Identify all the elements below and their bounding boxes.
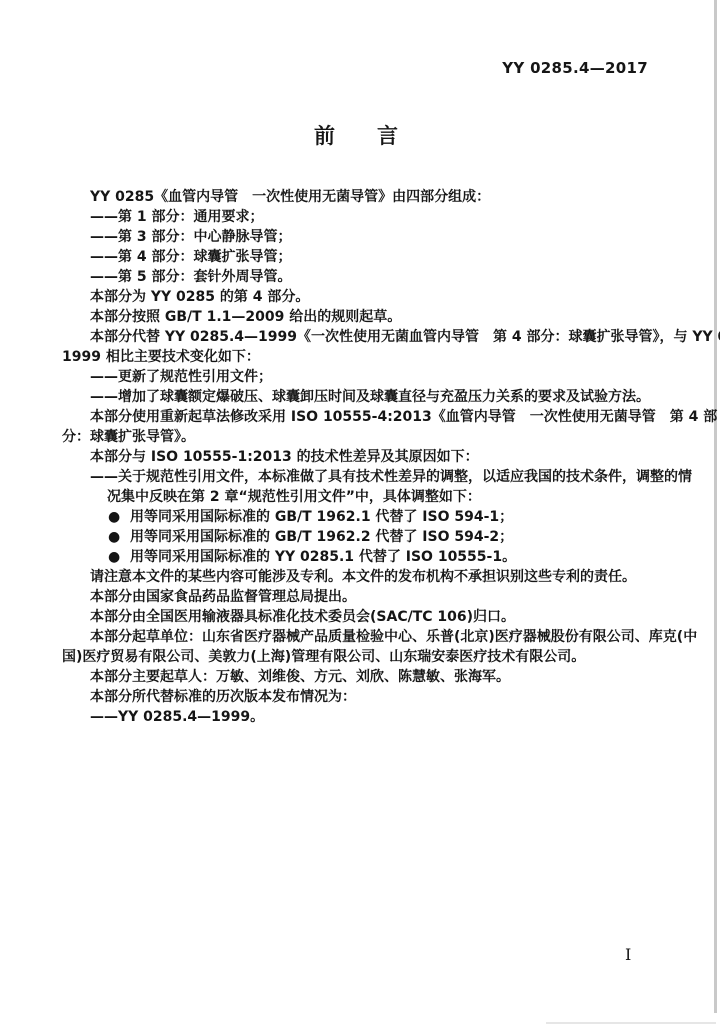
page-number: I bbox=[625, 945, 631, 964]
text-line: 本部分由全国医用输液器具标准化技术委员会(SAC/TC 106)归口。 bbox=[62, 607, 702, 627]
text-line: YY 0285《血管内导管 一次性使用无菌导管》由四部分组成： bbox=[62, 187, 702, 207]
text-line: 况集中反映在第 2 章“规范性引用文件”中，具体调整如下： bbox=[62, 487, 702, 507]
text-line: ● 用等同采用国际标准的 YY 0285.1 代替了 ISO 10555-1。 bbox=[62, 547, 702, 567]
text-line: ——第 4 部分：球囊扩张导管； bbox=[62, 247, 702, 267]
text-line: 本部分与 ISO 10555-1:2013 的技术性差异及其原因如下： bbox=[62, 447, 702, 467]
standard-code: YY 0285.4—2017 bbox=[502, 59, 648, 77]
text-line: 分：球囊扩张导管》。 bbox=[62, 427, 702, 447]
text-line: 本部分为 YY 0285 的第 4 部分。 bbox=[62, 287, 702, 307]
text-line: ● 用等同采用国际标准的 GB/T 1962.1 代替了 ISO 594-1； bbox=[62, 507, 702, 527]
text-line: 请注意本文件的某些内容可能涉及专利。本文件的发布机构不承担识别这些专利的责任。 bbox=[62, 567, 702, 587]
text-line: 本部分使用重新起草法修改采用 ISO 10555-4:2013《血管内导管 一次… bbox=[62, 407, 702, 427]
scan-edge-shadow-bottom bbox=[546, 1022, 716, 1024]
text-line: ——第 5 部分：套针外周导管。 bbox=[62, 267, 702, 287]
text-line: ——YY 0285.4—1999。 bbox=[62, 707, 702, 727]
document-page: YY 0285.4—2017 前 言 YY 0285《血管内导管 一次性使用无菌… bbox=[0, 0, 720, 1028]
text-line: ——第 1 部分：通用要求； bbox=[62, 207, 702, 227]
text-line: ——第 3 部分：中心静脉导管； bbox=[62, 227, 702, 247]
text-line: 本部分起草单位：山东省医疗器械产品质量检验中心、乐普(北京)医疗器械股份有限公司… bbox=[62, 627, 702, 647]
text-line: 1999 相比主要技术变化如下： bbox=[62, 347, 702, 367]
scan-edge-shadow-right bbox=[714, 0, 717, 1013]
page-title: 前 言 bbox=[0, 120, 712, 150]
foreword-body: YY 0285《血管内导管 一次性使用无菌导管》由四部分组成：——第 1 部分：… bbox=[62, 187, 702, 727]
text-line: ● 用等同采用国际标准的 GB/T 1962.2 代替了 ISO 594-2； bbox=[62, 527, 702, 547]
text-line: ——增加了球囊额定爆破压、球囊卸压时间及球囊直径与充盈压力关系的要求及试验方法。 bbox=[62, 387, 702, 407]
text-line: ——关于规范性引用文件，本标准做了具有技术性差异的调整，以适应我国的技术条件，调… bbox=[62, 467, 702, 487]
text-line: 本部分按照 GB/T 1.1—2009 给出的规则起草。 bbox=[62, 307, 702, 327]
text-line: 本部分代替 YY 0285.4—1999《一次性使用无菌血管内导管 第 4 部分… bbox=[62, 327, 702, 347]
text-line: 本部分所代替标准的历次版本发布情况为： bbox=[62, 687, 702, 707]
text-line: 本部分由国家食品药品监督管理总局提出。 bbox=[62, 587, 702, 607]
text-line: 本部分主要起草人：万敏、刘维俊、方元、刘欣、陈慧敏、张海军。 bbox=[62, 667, 702, 687]
text-line: 国)医疗贸易有限公司、美敦力(上海)管理有限公司、山东瑞安泰医疗技术有限公司。 bbox=[62, 647, 702, 667]
text-line: ——更新了规范性引用文件； bbox=[62, 367, 702, 387]
